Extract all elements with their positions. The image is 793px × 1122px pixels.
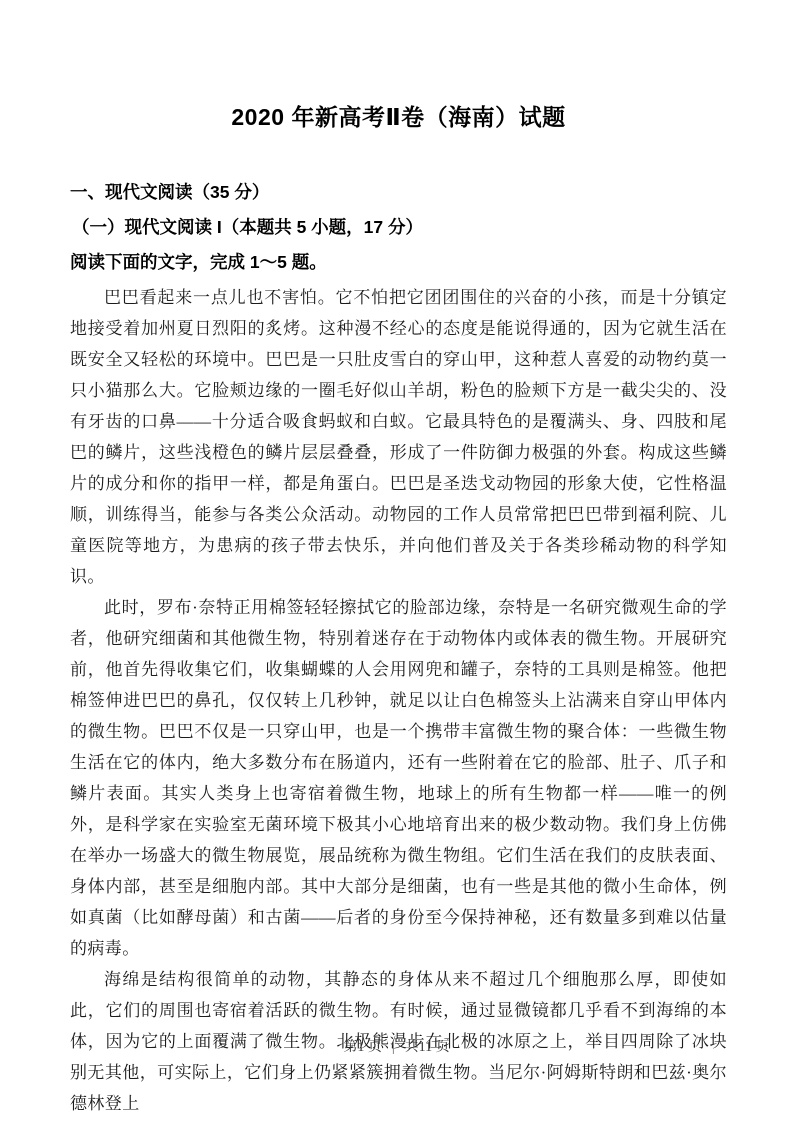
total-pages: 共11 页 [405, 1040, 450, 1055]
heading-block: 一、现代文阅读（35 分） （一）现代文阅读 I（本题共 5 小题，17 分） … [70, 175, 727, 280]
footer-separator: | [392, 1040, 395, 1056]
body-paragraph: 此时，罗布·奈特正用棉签轻轻擦拭它的脸部边缘，奈特是一名研究微观生命的学者，他研… [70, 592, 727, 964]
subsection-heading: （一）现代文阅读 I（本题共 5 小题，17 分） [70, 210, 727, 245]
document-page: 2020 年新高考Ⅱ卷（海南）试题 一、现代文阅读（35 分） （一）现代文阅读… [0, 0, 793, 1122]
reading-instruction: 阅读下面的文字，完成 1～5 题。 [70, 245, 727, 280]
page-number: 第1 页 [343, 1040, 382, 1055]
section-heading: 一、现代文阅读（35 分） [70, 175, 727, 210]
reading-passage: 巴巴看起来一点儿也不害怕。它不怕把它团团围住的兴奋的小孩，而是十分镇定地接受着加… [70, 282, 727, 1119]
page-footer: 第1 页|共11 页 [0, 1036, 793, 1056]
document-title: 2020 年新高考Ⅱ卷（海南）试题 [70, 97, 727, 137]
body-paragraph: 巴巴看起来一点儿也不害怕。它不怕把它团团围住的兴奋的小孩，而是十分镇定地接受着加… [70, 282, 727, 592]
